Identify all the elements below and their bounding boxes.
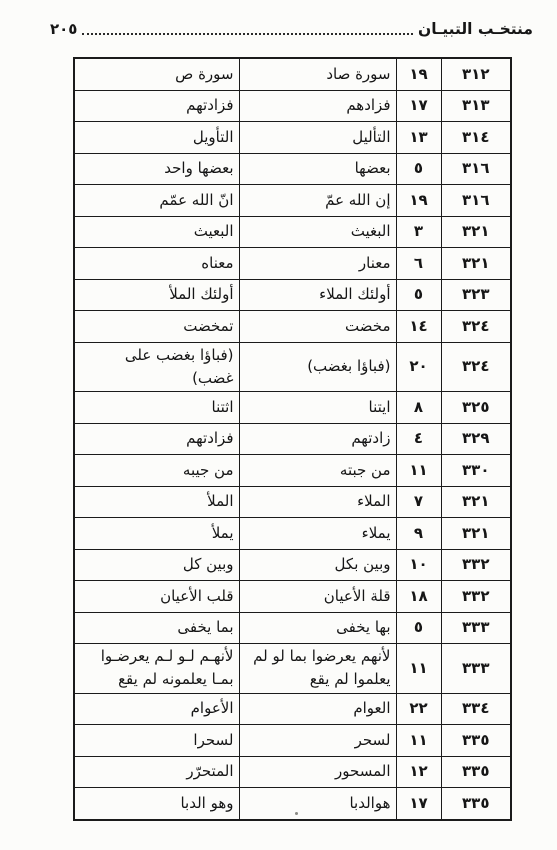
page-cell: ٣٢٣ [441,279,511,311]
error-cell: التأليل [239,122,396,154]
error-cell: المسحور [239,756,396,788]
table-row: ٣٣٢ ١٠ وبين بكل وبين كل [74,549,511,581]
error-cell: الملاء [239,486,396,518]
line-cell: ١٩ [396,58,441,90]
line-cell: ٥ [396,153,441,185]
table-row: ٣٣٢ ١٨ قلة الأعيان قلب الأعيان [74,581,511,613]
page-cell: ٣٣٥ [441,756,511,788]
running-header: منتخـب التبيـان ٢٠٥ [50,14,533,40]
line-cell: ٣ [396,216,441,248]
correction-cell: من جيبه [74,455,239,487]
error-cell: بها يخفى [239,612,396,644]
line-cell: ٩ [396,518,441,550]
line-cell: ١٠ [396,549,441,581]
errata-table: ٣١٢ ١٩ سورة صاد سورة ص ٣١٣ ١٧ فزادهم فزا… [75,57,512,821]
page-cell: ٣٣٢ [441,581,511,613]
correction-cell: انّ الله عمّم [74,185,239,217]
error-cell: (فباؤا بغضب) [239,342,396,392]
correction-cell: يملأ [74,518,239,550]
line-cell: ١١ [396,725,441,757]
page-cell: ٣٢١ [441,518,511,550]
page-cell: ٣٣٠ [441,455,511,487]
correction-cell: التأويل [74,122,239,154]
error-cell: لأنهم يعرضوا بما لو لم يعلموا لم يقع [239,644,396,694]
line-cell: ١٤ [396,311,441,343]
correction-cell: الأعوام [74,693,239,725]
table-row: ٣١٣ ١٧ فزادهم فزادتهم [74,90,511,122]
table-row: ٣٢٩ ٤ زادتهم فزادتهم [74,423,511,455]
table-row: ٣٢١ ٧ الملاء الملأ [74,486,511,518]
table-row: ٣١٦ ١٩ إن الله عمّ انّ الله عمّم [74,185,511,217]
line-cell: ١١ [396,455,441,487]
correction-cell: لسحرا [74,725,239,757]
correction-cell: قلب الأعيان [74,581,239,613]
line-cell: ١٧ [396,788,441,820]
error-cell: العوام [239,693,396,725]
table-row: ٣٢١ ٩ يملاء يملأ [74,518,511,550]
correction-cell: أولئك الملأ [74,279,239,311]
table-row: ٣٣٥ ١٧ هوالدبا وهو الدبا [74,788,511,820]
correction-cell: اثتنا [74,392,239,424]
dotted-leader [82,33,413,35]
page-number: ٢٠٥ [50,18,77,40]
correction-cell: سورة ص [74,58,239,90]
page-cell: ٣٢٤ [441,311,511,343]
line-cell: ٧ [396,486,441,518]
page-cell: ٣١٣ [441,90,511,122]
correction-cell: بعضها واحد [74,153,239,185]
page-cell: ٣٢١ [441,216,511,248]
table-row: ٣٢٥ ٨ ايتنا اثتنا [74,392,511,424]
correction-cell: وبين كل [74,549,239,581]
line-cell: ١١ [396,644,441,694]
table-row: ٣٣٣ ١١ لأنهم يعرضوا بما لو لم يعلموا لم … [74,644,511,694]
page-cell: ٣٢١ [441,486,511,518]
line-cell: ٤ [396,423,441,455]
error-cell: بعضها [239,153,396,185]
page-cell: ٣٣٣ [441,612,511,644]
page-cell: ٣٢١ [441,248,511,280]
error-cell: معنار [239,248,396,280]
page-cell: ٣١٢ [441,58,511,90]
line-cell: ٦ [396,248,441,280]
correction-cell: وهو الدبا [74,788,239,820]
error-cell: مخضت [239,311,396,343]
table-row: ٣٢٤ ١٤ مخضت تمخضت [74,311,511,343]
page-cell: ٣٢٩ [441,423,511,455]
line-cell: ٢٠ [396,342,441,392]
table-row: ٣٣٠ ١١ من جبته من جيبه [74,455,511,487]
error-cell: من جبته [239,455,396,487]
table-row: ٣٣٥ ١٢ المسحور المتحرّر [74,756,511,788]
line-cell: ٥ [396,612,441,644]
error-cell: وبين بكل [239,549,396,581]
table-row: ٣٢٤ ٢٠ (فباؤا بغضب) (فباؤا بغضب على غضب) [74,342,511,392]
line-cell: ٨ [396,392,441,424]
line-cell: ١٨ [396,581,441,613]
error-cell: فزادهم [239,90,396,122]
errata-table-grid: ٣١٢ ١٩ سورة صاد سورة ص ٣١٣ ١٧ فزادهم فزا… [73,57,512,821]
page-cell: ٣٣٥ [441,788,511,820]
table-row: ٣٣٥ ١١ لسحر لسحرا [74,725,511,757]
error-cell: هوالدبا [239,788,396,820]
page-cell: ٣٣٢ [441,549,511,581]
error-cell: ايتنا [239,392,396,424]
errata-table-body: ٣١٢ ١٩ سورة صاد سورة ص ٣١٣ ١٧ فزادهم فزا… [74,58,511,820]
correction-cell: لأنهـم لـو لـم يعرضـوا بمـا يعلمونه لم ي… [74,644,239,694]
page-cell: ٣٣٣ [441,644,511,694]
table-row: ٣٢١ ٣ البغيث البعيث [74,216,511,248]
error-cell: قلة الأعيان [239,581,396,613]
line-cell: ٥ [396,279,441,311]
correction-cell: (فباؤا بغضب على غضب) [74,342,239,392]
correction-cell: فزادتهم [74,423,239,455]
book-title: منتخـب التبيـان [418,18,533,40]
correction-cell: الملأ [74,486,239,518]
page-cell: ٣٢٥ [441,392,511,424]
correction-cell: بما يخفى [74,612,239,644]
page-cell: ٣٢٤ [441,342,511,392]
table-row: ٣٢٣ ٥ أولئك الملاء أولئك الملأ [74,279,511,311]
table-row: ٣٣٣ ٥ بها يخفى بما يخفى [74,612,511,644]
correction-cell: المتحرّر [74,756,239,788]
page-cell: ٣١٦ [441,185,511,217]
error-cell: يملاء [239,518,396,550]
line-cell: ٢٢ [396,693,441,725]
error-cell: إن الله عمّ [239,185,396,217]
correction-cell: فزادتهم [74,90,239,122]
error-cell: سورة صاد [239,58,396,90]
correction-cell: معناه [74,248,239,280]
page-cell: ٣٣٥ [441,725,511,757]
error-cell: البغيث [239,216,396,248]
correction-cell: تمخضت [74,311,239,343]
scanned-book-page: منتخـب التبيـان ٢٠٥ ٣١٢ ١٩ سورة صاد سورة… [0,0,557,850]
line-cell: ١٢ [396,756,441,788]
page-cell: ٣١٦ [441,153,511,185]
line-cell: ١٩ [396,185,441,217]
table-row: ٣٢١ ٦ معنار معناه [74,248,511,280]
error-cell: زادتهم [239,423,396,455]
table-row: ٣٣٤ ٢٢ العوام الأعوام [74,693,511,725]
correction-cell: البعيث [74,216,239,248]
error-cell: لسحر [239,725,396,757]
page-cell: ٣٣٤ [441,693,511,725]
table-row: ٣١٦ ٥ بعضها بعضها واحد [74,153,511,185]
page-cell: ٣١٤ [441,122,511,154]
ink-speck [295,812,298,815]
error-cell: أولئك الملاء [239,279,396,311]
table-row: ٣١٤ ١٣ التأليل التأويل [74,122,511,154]
line-cell: ١٣ [396,122,441,154]
line-cell: ١٧ [396,90,441,122]
table-row: ٣١٢ ١٩ سورة صاد سورة ص [74,58,511,90]
